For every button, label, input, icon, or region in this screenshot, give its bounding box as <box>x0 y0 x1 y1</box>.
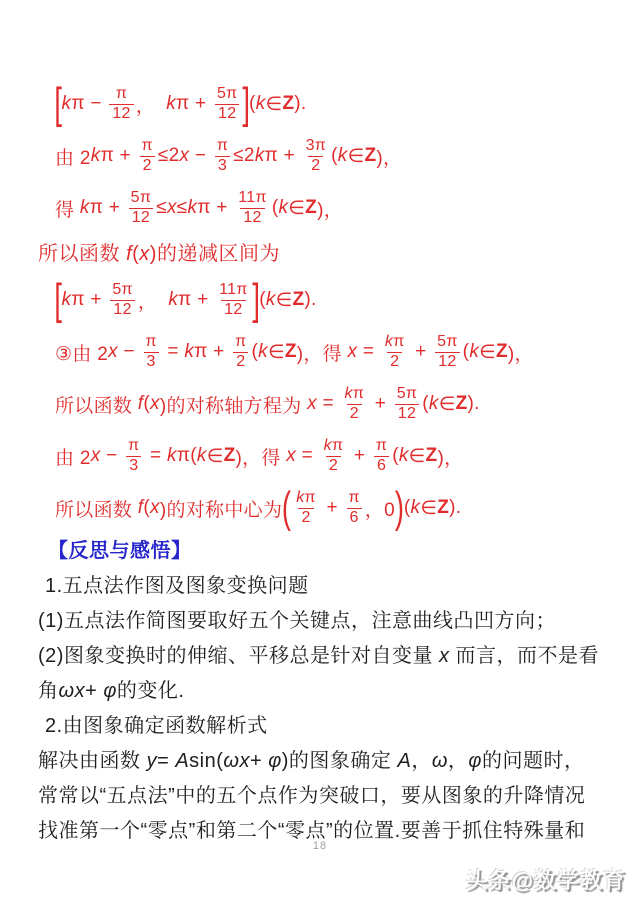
fraction: π3 <box>214 138 231 175</box>
text-decreasing-interval: 所以函数 f(x)的递减区间为 <box>38 237 610 271</box>
formula-center-derivation: 由 2x − π3 = kπ(k∈Z)，得 x = kπ2 + π6(k∈Z)， <box>55 430 610 482</box>
fraction: 5π12 <box>214 86 241 123</box>
fraction: kπ2 <box>382 334 408 371</box>
fraction: 11π12 <box>235 190 270 227</box>
item-1-title: 1.五点法作图及图象变换问题 <box>45 569 610 604</box>
formula-axis-derivation: ③由 2x − π3 = kπ + π2(k∈Z)，得 x = kπ2 + 5π… <box>55 326 610 378</box>
fraction: 5π12 <box>128 190 155 227</box>
fraction: kπ2 <box>342 386 368 423</box>
fraction: 5π12 <box>109 282 136 319</box>
formula-interval-1: [kπ − π12， kπ + 5π12](k∈Z). <box>55 78 610 130</box>
item-1-point-1: (1)五点法作简图要取好五个关键点，注意曲线凸凹方向； <box>38 604 610 639</box>
formula-symmetry-center: 所以函数 f(x)的对称中心为(kπ2 + π6，0)(k∈Z). <box>55 482 610 534</box>
section-heading-reflection: 【反思与感悟】 <box>48 534 610 569</box>
formula-interval-2: [kπ + 5π12， kπ + 11π12](k∈Z). <box>55 274 610 326</box>
item-2-body-2: 常常以“五点法”中的五个点作为突破口，要从图象的升降情况 <box>38 779 610 814</box>
formula-inequality-start: 由 2kπ + π2≤2x − π3≤2kπ + 3π2(k∈Z)， <box>55 130 610 182</box>
fraction: π2 <box>232 334 249 371</box>
item-2-title: 2.由图象确定函数解析式 <box>45 709 610 744</box>
watermark-toutiao: 头条@数学教育 <box>466 864 626 895</box>
fraction: π6 <box>373 438 390 475</box>
fraction: 11π12 <box>216 282 251 319</box>
document-lines: [kπ − π12， kπ + 5π12](k∈Z).由 2kπ + π2≤2x… <box>38 78 610 849</box>
item-2-body-1: 解决由函数 y= Asin(ωx+ φ)的图象确定 A，ω，φ的问题时， <box>38 744 610 779</box>
fraction: 3π2 <box>303 138 330 175</box>
fraction: kπ2 <box>293 490 319 527</box>
fraction: 5π12 <box>394 386 421 423</box>
formula-symmetry-axis: 所以函数 f(x)的对称轴方程为 x = kπ2 + 5π12(k∈Z). <box>55 378 610 430</box>
item-1-point-2b: 角ωx+ φ的变化. <box>38 674 610 709</box>
fraction: π3 <box>142 334 159 371</box>
item-1-point-2a: (2)图象变换时的伸缩、平移总是针对自变量 x 而言，而不是看 <box>38 639 610 674</box>
page-number: 18 <box>0 840 640 852</box>
fraction: π3 <box>125 438 142 475</box>
fraction: kπ2 <box>321 438 347 475</box>
document-page: [kπ − π12， kπ + 5π12](k∈Z).由 2kπ + π2≤2x… <box>0 0 640 904</box>
fraction: 5π12 <box>434 334 461 371</box>
fraction: π2 <box>139 138 156 175</box>
formula-inequality-result: 得 kπ + 5π12≤x≤kπ + 11π12(k∈Z)， <box>55 182 610 234</box>
fraction: π6 <box>345 490 362 527</box>
fraction: π12 <box>109 86 133 123</box>
